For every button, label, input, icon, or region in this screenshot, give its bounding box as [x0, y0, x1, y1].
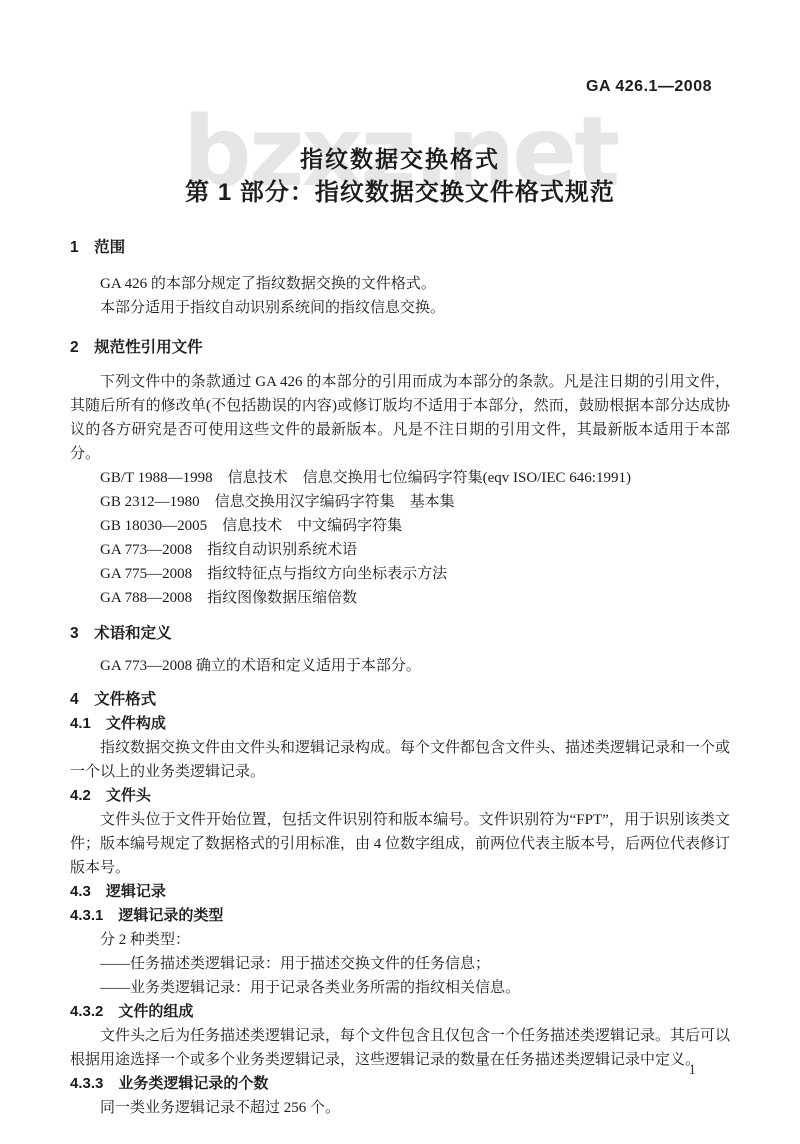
reference-item: GA 773—2008 指纹自动识别系统术语	[100, 538, 730, 562]
section-3-heading: 3 术语和定义	[70, 622, 730, 646]
section-4-3-3-heading: 4.3.3 业务类逻辑记录的个数	[70, 1072, 730, 1096]
list-item: ——业务类逻辑记录：用于记录各类业务所需的指纹相关信息。	[100, 976, 730, 1000]
list-item: ——任务描述类逻辑记录：用于描述交换文件的任务信息；	[100, 952, 730, 976]
standard-number: GA 426.1—2008	[70, 78, 730, 96]
section-2-heading: 2 规范性引用文件	[70, 336, 730, 360]
section-1-heading: 1 范围	[70, 236, 730, 260]
page-content: GA 426.1—2008 指纹数据交换格式 第 1 部分：指纹数据交换文件格式…	[0, 0, 800, 1120]
document-title: 指纹数据交换格式 第 1 部分：指纹数据交换文件格式规范	[70, 142, 730, 210]
title-line-2: 第 1 部分：指纹数据交换文件格式规范	[70, 176, 730, 210]
section-2-paragraph-1: 下列文件中的条款通过 GA 426 的本部分的引用而成为本部分的条款。凡是注日期…	[70, 370, 730, 466]
section-1-paragraph-2: 本部分适用于指纹自动识别系统间的指纹信息交换。	[70, 296, 730, 320]
section-4-3-1-paragraph-1: 分 2 种类型：	[100, 928, 730, 952]
section-4-3-heading: 4.3 逻辑记录	[70, 880, 730, 904]
document-page: bzxz.net GA 426.1—2008 指纹数据交换格式 第 1 部分：指…	[0, 0, 800, 1144]
page-number: 1	[689, 1062, 697, 1079]
title-line-1: 指纹数据交换格式	[70, 142, 730, 176]
section-4-3-2-heading: 4.3.2 文件的组成	[70, 1000, 730, 1024]
section-4-1-heading: 4.1 文件构成	[70, 712, 730, 736]
reference-item: GA 788—2008 指纹图像数据压缩倍数	[100, 586, 730, 610]
reference-item: GA 775—2008 指纹特征点与指纹方向坐标表示方法	[100, 562, 730, 586]
section-1-paragraph-1: GA 426 的本部分规定了指纹数据交换的文件格式。	[70, 272, 730, 296]
section-3-paragraph-1: GA 773—2008 确立的术语和定义适用于本部分。	[70, 654, 730, 678]
section-4-1-paragraph-1: 指纹数据交换文件由文件头和逻辑记录构成。每个文件都包含文件头、描述类逻辑记录和一…	[70, 736, 730, 784]
reference-item: GB 18030—2005 信息技术 中文编码字符集	[100, 514, 730, 538]
section-4-3-2-paragraph-1: 文件头之后为任务描述类逻辑记录，每个文件包含且仅包含一个任务描述类逻辑记录。其后…	[70, 1024, 730, 1072]
section-4-heading: 4 文件格式	[70, 688, 730, 712]
section-4-3-3-paragraph-1: 同一类业务逻辑记录不超过 256 个。	[70, 1096, 730, 1120]
section-4-3-1-heading: 4.3.1 逻辑记录的类型	[70, 904, 730, 928]
section-4-2-paragraph-1: 文件头位于文件开始位置，包括文件识别符和版本编号。文件识别符为“FPT”，用于识…	[70, 808, 730, 880]
section-4-2-heading: 4.2 文件头	[70, 784, 730, 808]
reference-item: GB 2312—1980 信息交换用汉字编码字符集 基本集	[100, 490, 730, 514]
reference-item: GB/T 1988—1998 信息技术 信息交换用七位编码字符集(eqv ISO…	[100, 466, 730, 490]
